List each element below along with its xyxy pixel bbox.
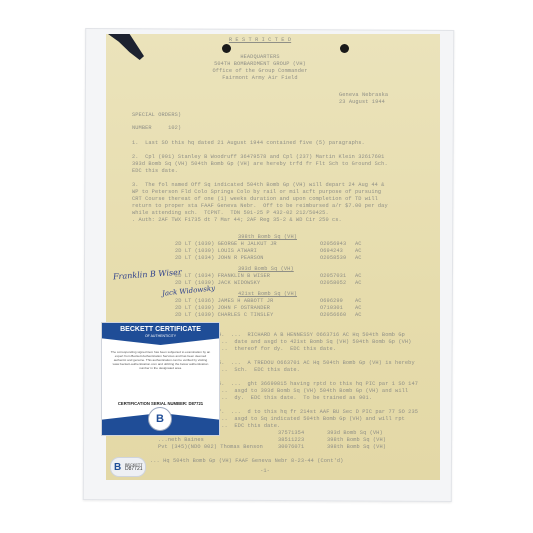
certificate-serial: CERTIFICATION SERIAL NUMBER: D87721 bbox=[102, 401, 219, 406]
officer-name: 2D LT (1034) JOHN R PEARSON bbox=[175, 255, 264, 262]
date: 23 August 1944 bbox=[339, 99, 385, 106]
officer-serial: O2058539 bbox=[320, 255, 346, 262]
header-line: Fairmont Army Air Field bbox=[180, 75, 340, 82]
officer-name: 2D LT (1039) GEORGE H JALKUT JR bbox=[175, 241, 277, 248]
header-line: HEADQUARTERS bbox=[180, 54, 340, 61]
officer-serial: O694243 bbox=[320, 248, 343, 255]
orders-label: SPECIAL ORDERS) bbox=[132, 112, 181, 119]
officer-serial: O2057031 bbox=[320, 273, 346, 280]
beckett-certificate: BECKETT CERTIFICATE OF AUTHENTICITY The … bbox=[101, 322, 220, 436]
transfer-name: Pvt (345)(NDO 002) Thomas Benson bbox=[158, 444, 263, 451]
officer-branch: AC bbox=[355, 280, 362, 287]
officer-serial: O2056660 bbox=[320, 312, 346, 319]
officer-serial: O2058052 bbox=[320, 280, 346, 287]
header-line: Office of the Group Commander bbox=[180, 68, 340, 75]
sticker-text: BECKETT D87721 bbox=[125, 463, 143, 472]
transfer-unit: 398th Bomb Sq (VH) bbox=[327, 444, 386, 451]
paragraph-1: 1. Last SO this hq dated 21 August 1944 … bbox=[132, 140, 365, 147]
authentication-sticker: B BECKETT D87721 bbox=[110, 457, 146, 477]
classification: R E S T R I C T E D bbox=[200, 37, 320, 44]
transfer-unit: 398th Bomb Sq (VH) bbox=[327, 437, 386, 444]
certificate-subtitle: OF AUTHENTICITY bbox=[102, 334, 219, 338]
certificate-body: The corresponding signed item has been s… bbox=[110, 350, 211, 370]
orders-number: NUMBER 102) bbox=[132, 125, 181, 132]
transfer-serial: 38511223 bbox=[278, 437, 304, 444]
officer-name: 2D LT (1036) JAMES H ABBOTT JR bbox=[175, 298, 273, 305]
officer-name: 2D LT (1039) CHARLES C TINSLEY bbox=[175, 312, 273, 319]
officer-serial: O710301 bbox=[320, 305, 343, 312]
officer-name: 2D LT (1039) JOHN F OSTRANDER bbox=[175, 305, 270, 312]
squadron-heading: 421st Bomb Sq (VH) bbox=[238, 291, 297, 298]
punch-hole bbox=[222, 44, 231, 53]
officer-name: 2D LT (1039) LOUIS ATWARI bbox=[175, 248, 257, 255]
page-number: -1- bbox=[250, 468, 280, 475]
place: Geneva Nebraska bbox=[339, 92, 388, 99]
officer-branch: AC bbox=[355, 312, 362, 319]
transfer-name: ...neth Baines bbox=[158, 437, 204, 444]
footer-line: ... Hq 504th Bomb Gp (VH) FAAF Geneva Ne… bbox=[150, 458, 343, 465]
officer-serial: O696299 bbox=[320, 298, 343, 305]
officer-branch: AC bbox=[355, 273, 362, 280]
officer-name: 2D LT (1039) JACK WIDOWSKY bbox=[175, 280, 260, 287]
officer-branch: AC bbox=[355, 255, 362, 262]
officer-branch: AC bbox=[355, 241, 362, 248]
officer-branch: AC bbox=[355, 305, 362, 312]
squadron-heading: 398th Bomb Sq (VH) bbox=[238, 234, 297, 241]
transfer-serial: 30076071 bbox=[278, 444, 304, 451]
certificate-title: BECKETT CERTIFICATE bbox=[102, 326, 219, 333]
squadron-heading: 393d Bomb Sq (VH) bbox=[238, 266, 294, 273]
beckett-logo-icon: B bbox=[114, 461, 125, 474]
transfer-serial: 37571354 bbox=[278, 430, 304, 437]
officer-name: 2D LT (1034) FRANKLIN B WISER bbox=[175, 273, 270, 280]
beckett-logo-icon: B bbox=[148, 407, 172, 431]
officer-serial: O2056943 bbox=[320, 241, 346, 248]
officer-branch: AC bbox=[355, 298, 362, 305]
officer-branch: AC bbox=[355, 248, 362, 255]
transfer-unit: 393d Bomb Sq (VH) bbox=[327, 430, 383, 437]
header-line: 504TH BOMBARDMENT GROUP (VH) bbox=[180, 61, 340, 68]
punch-hole bbox=[340, 44, 349, 53]
